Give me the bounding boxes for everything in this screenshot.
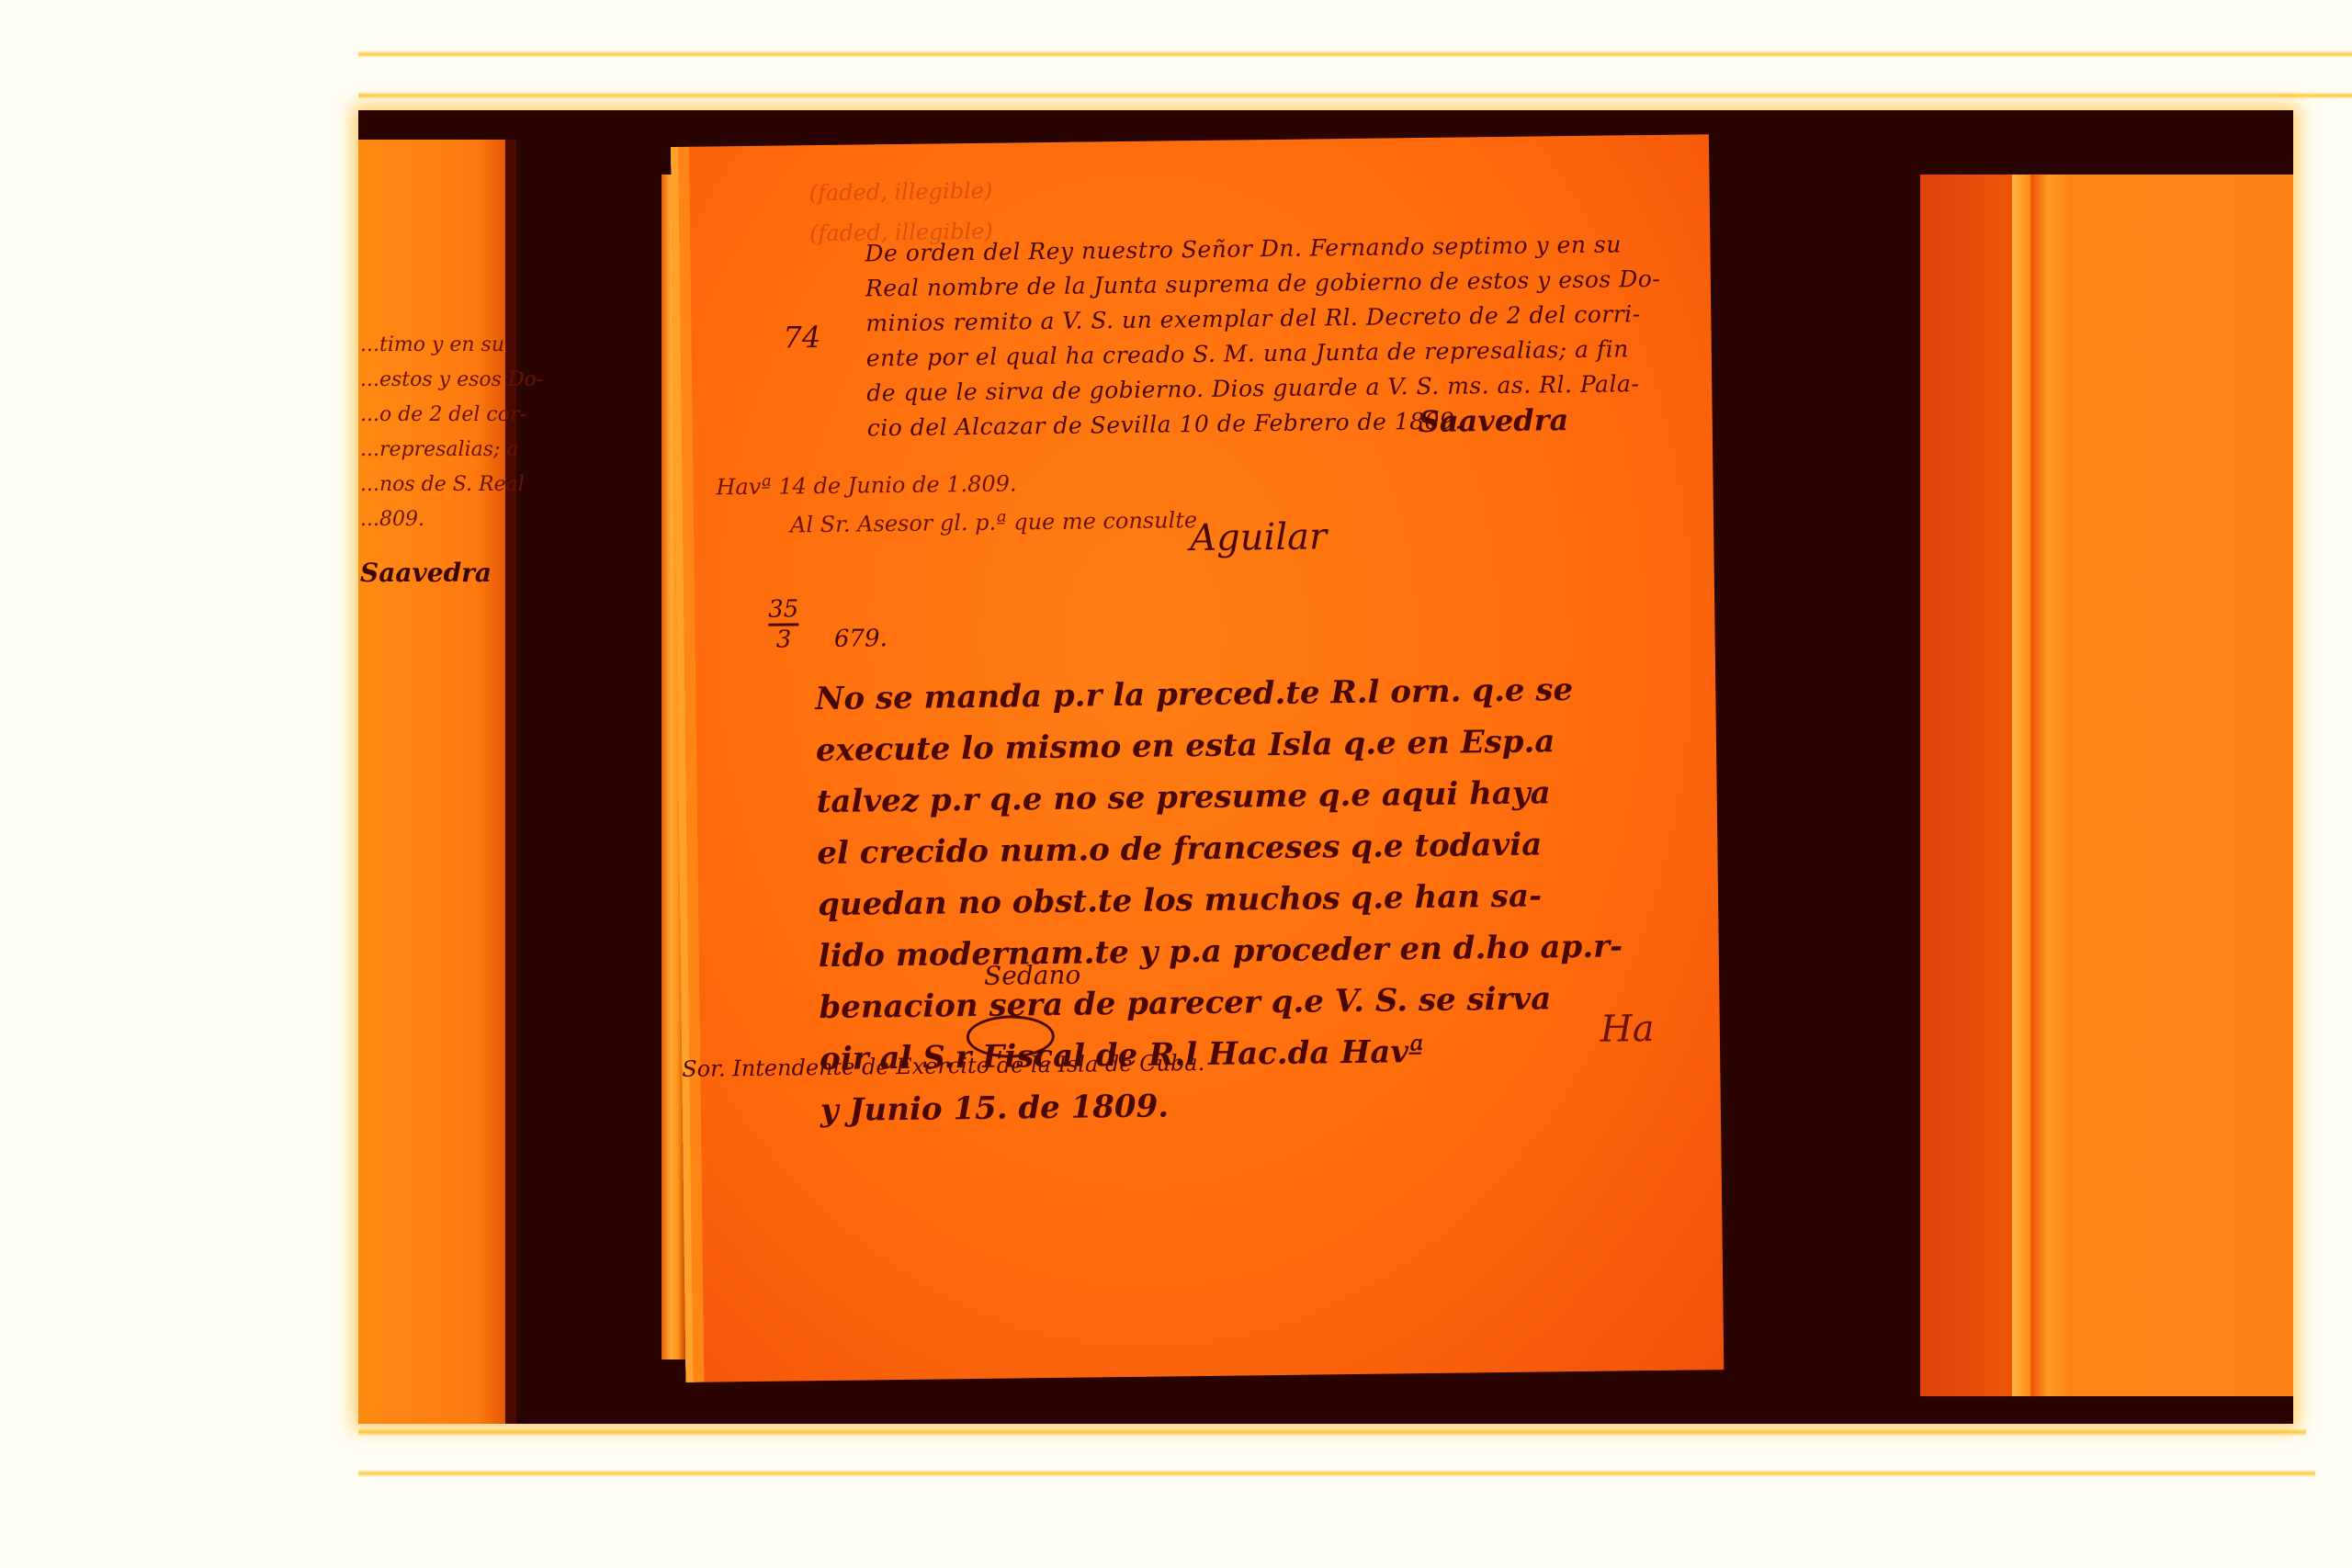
folio-numerator: 35: [768, 595, 798, 626]
right-page: [1920, 175, 2293, 1396]
left-line: ...represalias; a: [360, 433, 543, 468]
signature-aguilar: Aguilar: [1190, 515, 1327, 559]
folio-fraction: 35 3: [768, 595, 799, 653]
film-edge-top: [358, 51, 2352, 58]
decree-line: benacion sera de parecer q.e V. S. se si…: [819, 972, 1623, 1033]
folio-number: 35 3 679.: [768, 594, 888, 654]
left-page-text: ...timo y en su ...estos y esos Do- ...o…: [360, 328, 543, 537]
folio-denominator: 3: [776, 626, 792, 653]
signature-saavedra: Saavedra: [1418, 402, 1568, 439]
center-page: (faded, illegible) (faded, illegible) 74…: [671, 134, 1724, 1382]
left-line: ...o de 2 del cor-: [360, 398, 543, 433]
left-line: ...timo y en su: [360, 328, 543, 363]
left-line: ...nos de S. Real: [360, 468, 543, 502]
film-edge-bottom: [358, 1470, 2315, 1477]
signature-sedano: Sedano: [984, 960, 1081, 991]
receipt-note: Havª 14 de Junio de 1.809. Al Sr. Asesor…: [716, 462, 1197, 545]
right-page-edge: [2012, 175, 2030, 1396]
left-line: ...809.: [360, 502, 543, 537]
receipt-line: Al Sr. Asesor gl. p.ª que me consulte: [717, 501, 1198, 545]
folio-count: 679.: [834, 625, 888, 653]
faded-line: (faded, illegible): [808, 171, 992, 213]
corner-mark: Ha: [1600, 1008, 1655, 1051]
decree-line: y Junio 15. de 1809.: [820, 1075, 1624, 1136]
receipt-line: Havª 14 de Junio de 1.809.: [716, 462, 1197, 506]
film-edge-bottom-inner: [358, 1428, 2306, 1436]
left-page: ...timo y en su ...estos y esos Do- ...o…: [358, 140, 505, 1424]
left-line: ...estos y esos Do-: [360, 363, 543, 398]
film-edge-top-inner: [358, 92, 2352, 99]
margin-note: 74: [783, 320, 820, 355]
left-signature: Saavedra: [360, 558, 492, 588]
microfilm-frame: ...timo y en su ...estos y esos Do- ...o…: [358, 110, 2293, 1424]
